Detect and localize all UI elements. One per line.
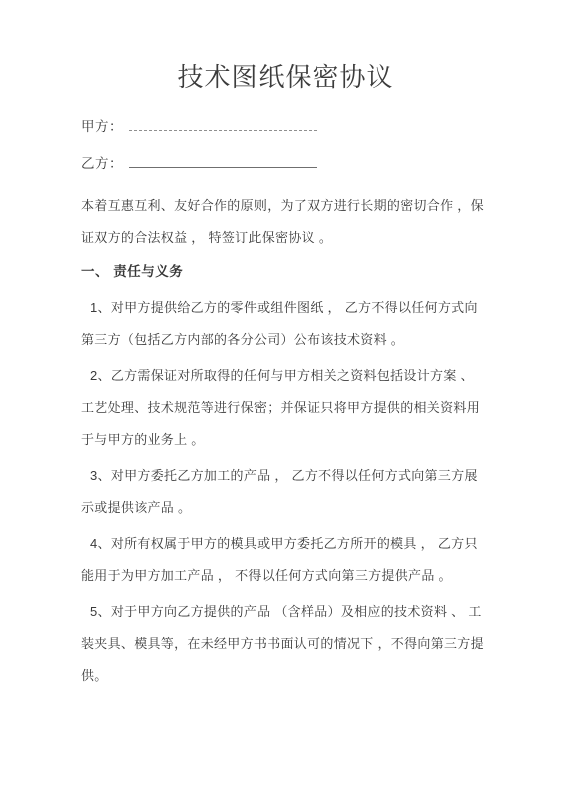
document-page: 技术图纸保密协议 甲方： 乙方： 本着互惠互利、友好合作的原则，为了双方进行长期… <box>0 0 566 800</box>
party-b-row: 乙方： <box>81 154 490 172</box>
party-a-row: 甲方： <box>81 117 490 135</box>
party-b-label: 乙方： <box>81 156 123 171</box>
party-b-blank-line <box>129 154 317 168</box>
party-a-label: 甲方： <box>81 119 123 134</box>
party-a-blank-line <box>129 117 317 131</box>
preamble-paragraph: 本着互惠互利、友好合作的原则，为了双方进行长期的密切合作 ，保 证双方的合法权益… <box>81 190 490 254</box>
document-title: 技术图纸保密协议 <box>81 0 490 96</box>
clause-paragraph-4: 4、对所有权属于甲方的模具或甲方委托乙方所开的模具 ， 乙方只 能用于为甲方加工… <box>81 528 490 592</box>
section-1-heading: 一、 责任与义务 <box>81 256 490 288</box>
clause-paragraph-5: 5、对于甲方向乙方提供的产品 （含样品）及相应的技术资料 、 工 装夹具、模具等… <box>81 596 490 692</box>
clause-paragraph-2: 2、乙方需保证对所取得的任何与甲方相关之资料包括设计方案 、 工艺处理、技术规范… <box>81 360 490 456</box>
clause-paragraph-3: 3、对甲方委托乙方加工的产品 ， 乙方不得以任何方式向第三方展 示或提供该产品 … <box>81 460 490 524</box>
clause-paragraph-1: 1、对甲方提供给乙方的零件或组件图纸 ， 乙方不得以任何方式向 第三方（包括乙方… <box>81 292 490 356</box>
